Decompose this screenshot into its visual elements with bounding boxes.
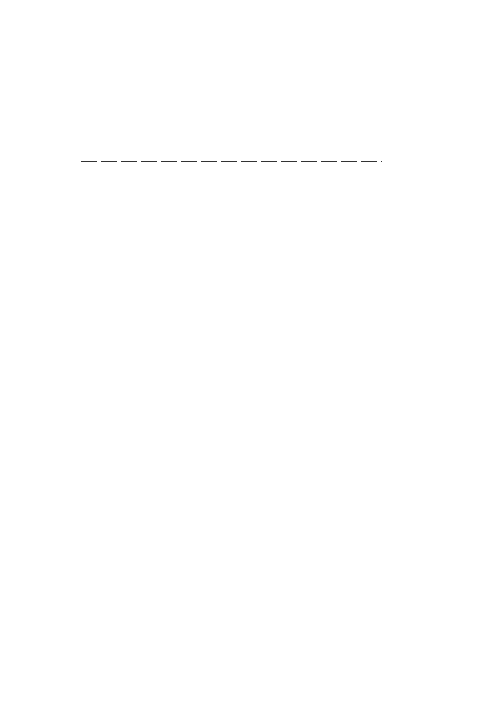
document-page xyxy=(0,0,500,707)
answer-line-1[interactable] xyxy=(76,152,382,167)
answer-blank[interactable] xyxy=(80,156,382,162)
